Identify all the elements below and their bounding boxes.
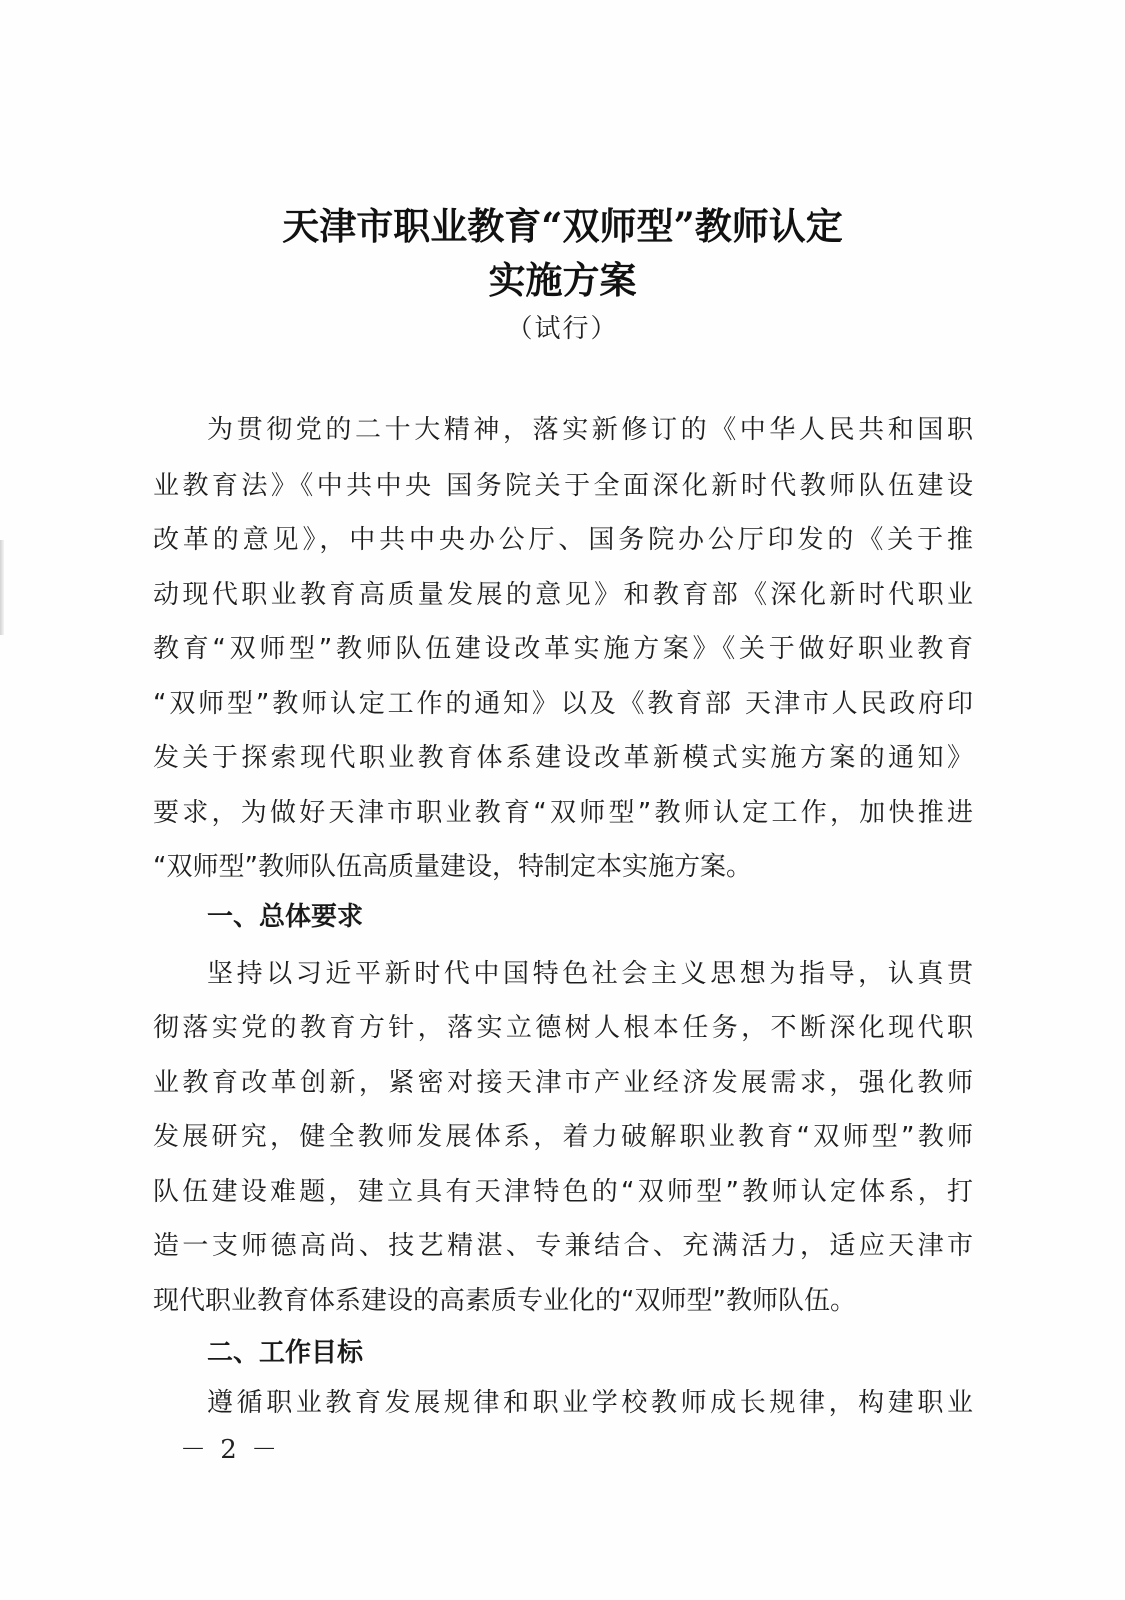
section1-line: 现代职业教育体系建设的高素质专业化的“双师型”教师队伍。 bbox=[153, 1284, 973, 1318]
section-heading-work-goals: 二、工作目标 bbox=[207, 1336, 363, 1370]
intro-line: 发关于探索现代职业教育体系建设改革新模式实施方案的通知》 bbox=[153, 741, 973, 775]
intro-line: 业教育法》《中共中央 国务院关于全面深化新时代教师队伍建设 bbox=[153, 469, 973, 503]
document-title-line-2: 实施方案 bbox=[0, 250, 1125, 304]
intro-line: “双师型”教师队伍高质量建设，特制定本实施方案。 bbox=[153, 850, 973, 884]
document-title-line-1: 天津市职业教育“双师型”教师认定 bbox=[0, 196, 1125, 250]
section2-line: 遵循职业教育发展规律和职业学校教师成长规律，构建职业 bbox=[207, 1386, 973, 1420]
intro-line: 要求，为做好天津市职业教育“双师型”教师认定工作，加快推进 bbox=[153, 796, 973, 830]
document-page: 天津市职业教育“双师型”教师认定 实施方案 （试行） 为贯彻党的二十大精神，落实… bbox=[0, 0, 1125, 1600]
section1-line: 造一支师德高尚、技艺精湛、专兼结合、充满活力，适应天津市 bbox=[153, 1229, 973, 1263]
intro-line: 动现代职业教育高质量发展的意见》和教育部《深化新时代职业 bbox=[153, 578, 973, 612]
section1-line: 坚持以习近平新时代中国特色社会主义思想为指导，认真贯 bbox=[207, 957, 973, 991]
section-heading-general-requirements: 一、总体要求 bbox=[207, 900, 363, 934]
section1-line: 队伍建设难题，建立具有天津特色的“双师型”教师认定体系，打 bbox=[153, 1175, 973, 1209]
section1-line: 发展研究，健全教师发展体系，着力破解职业教育“双师型”教师 bbox=[153, 1120, 973, 1154]
intro-line: 为贯彻党的二十大精神，落实新修订的《中华人民共和国职 bbox=[207, 413, 973, 447]
page-number: － 2 － bbox=[180, 1429, 280, 1466]
section1-line: 业教育改革创新，紧密对接天津市产业经济发展需求，强化教师 bbox=[153, 1066, 973, 1100]
document-subtitle: （试行） bbox=[0, 308, 1125, 345]
intro-line: 改革的意见》，中共中央办公厅、国务院办公厅印发的《关于推 bbox=[153, 523, 973, 557]
section1-line: 彻落实党的教育方针，落实立德树人根本任务，不断深化现代职 bbox=[153, 1011, 973, 1045]
intro-line: “双师型”教师认定工作的通知》以及《教育部 天津市人民政府印 bbox=[153, 687, 973, 721]
scan-edge-artifact bbox=[0, 540, 4, 635]
intro-line: 教育“双师型”教师队伍建设改革实施方案》《关于做好职业教育 bbox=[153, 632, 973, 666]
